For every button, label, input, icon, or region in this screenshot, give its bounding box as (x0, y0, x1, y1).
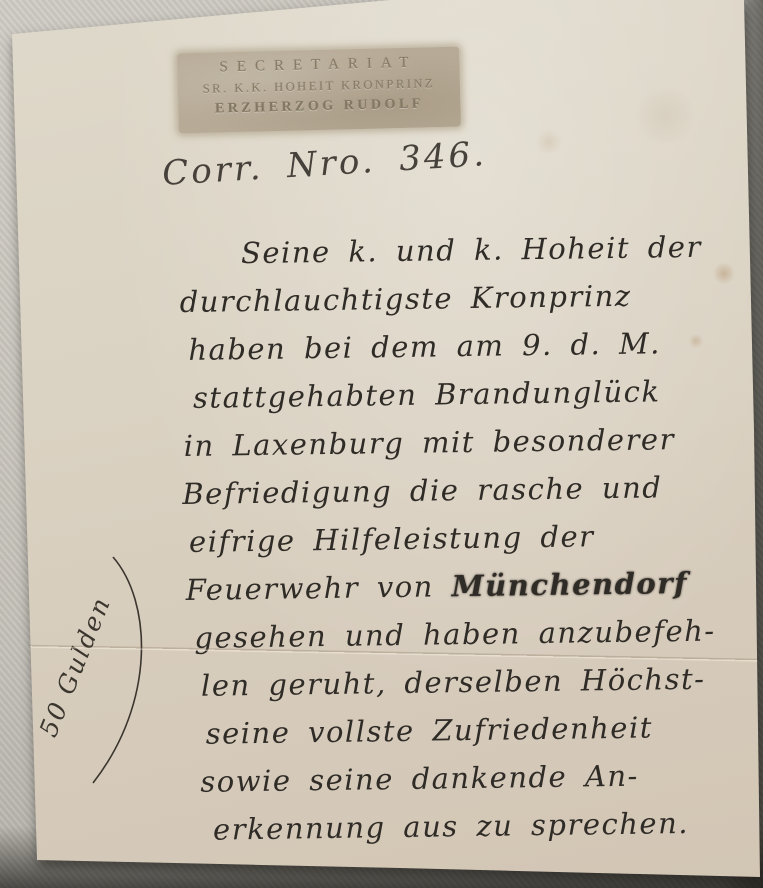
stamp-line-2: SR. K.K. HOHEIT KRONPRINZ (178, 76, 460, 98)
stamp-line-3: ERZHERZOG RUDOLF (178, 96, 460, 119)
letter-line: stattgehabten Brandunglück (193, 366, 757, 422)
letter-line: seine vollste Zufriedenheit (205, 702, 761, 758)
letter-body: Seine k. und k. Hoheit der durchlauchtig… (179, 222, 763, 854)
foxing-stain (630, 88, 700, 143)
flourish-arc (60, 540, 180, 800)
letter-line: len geruht, derselben Höchst- (201, 654, 761, 710)
letter-line: Seine k. und k. Hoheit der (241, 222, 755, 277)
letter-page-wrap: SECRETARIAT SR. K.K. HOHEIT KRONPRINZ ER… (0, 0, 763, 888)
reference-number: Corr. Nro. 346. (161, 134, 488, 194)
smudged-word: Münchendorf (451, 566, 688, 603)
letter-line: eifrige Hilfeleistung der (189, 510, 759, 566)
letter-line: haben bei dem am 9. d. M. (188, 318, 756, 374)
letter-line: in Laxenburg mit besonderer (183, 414, 757, 470)
letter-line: Befriedigung die rasche und (182, 462, 758, 518)
secretariat-stamp: SECRETARIAT SR. K.K. HOHEIT KRONPRINZ ER… (177, 47, 461, 134)
photo-background: SECRETARIAT SR. K.K. HOHEIT KRONPRINZ ER… (0, 0, 763, 888)
foxing-stain (688, 334, 704, 348)
letter-line-text: Feuerwehr von (185, 570, 434, 607)
foxing-stain (712, 263, 736, 284)
letter-line: Feuerwehr von Münchendorf (185, 558, 759, 614)
stamp-line-1: SECRETARIAT (177, 47, 460, 78)
letter-line: durchlauchtigste Kronprinz (179, 270, 755, 326)
foxing-stain (534, 130, 564, 154)
letter-line: sowie seine dankende An- (200, 750, 762, 806)
letter-page: SECRETARIAT SR. K.K. HOHEIT KRONPRINZ ER… (0, 0, 763, 888)
letter-line: erkennung aus zu sprechen. (213, 798, 763, 854)
margin-note-text: 50 Gulden (22, 564, 128, 770)
